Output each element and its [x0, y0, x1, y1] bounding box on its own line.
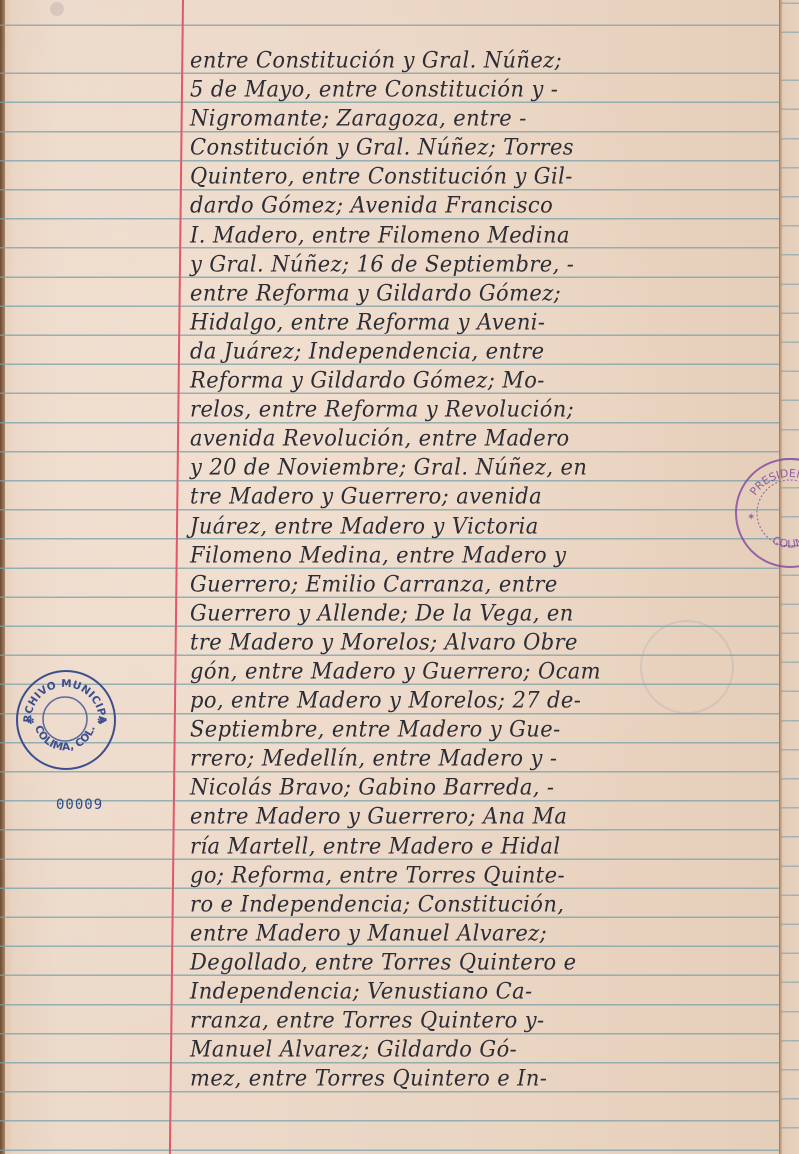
svg-text:COLIMA, COL.: COLIMA, COL. [32, 724, 98, 754]
handwritten-line: Manuel Alvarez; Gildardo Gó- [190, 1034, 770, 1065]
handwritten-line: Quintero, entre Constitución y Gil- [190, 162, 770, 193]
presidencia-stamp: PRESIDENCIA COLIMA ✶ [735, 458, 799, 568]
handwritten-line: po, entre Madero y Morelos; 27 de- [190, 685, 770, 716]
handwritten-line: y Gral. Núñez; 16 de Septiembre, - [190, 249, 770, 280]
handwritten-line: I. Madero, entre Filomeno Medina [190, 220, 770, 251]
handwritten-line: Juárez, entre Madero y Victoria [190, 511, 770, 542]
svg-text:✶: ✶ [747, 512, 755, 523]
handwritten-line: Constitución y Gral. Núñez; Torres [190, 133, 770, 164]
svg-text:COLIMA: COLIMA [770, 531, 799, 550]
handwritten-line: dardo Gómez; Avenida Francisco [190, 191, 770, 222]
handwritten-line: entre Madero y Guerrero; Ana Ma [190, 802, 770, 833]
svg-text:✽: ✽ [27, 717, 35, 727]
handwritten-line: mez, entre Torres Quintero e In- [190, 1064, 770, 1095]
stamp-seal-icon: PRESIDENCIA COLIMA ✶ [735, 458, 799, 568]
handwritten-line: Nigromante; Zaragoza, entre - [190, 103, 770, 134]
handwritten-line: Guerrero y Allende; De la Vega, en [190, 598, 770, 629]
handwritten-line: gón, entre Madero y Guerrero; Ocam [190, 656, 770, 687]
handwritten-line: 5 de Mayo, entre Constitución y - [190, 74, 770, 105]
ledger-page: entre Constitución y Gral. Núñez;5 de Ma… [0, 0, 799, 1154]
handwritten-line: entre Madero y Manuel Alvarez; [190, 918, 770, 949]
stamp-seal-icon: ARCHIVO MUNICIPAL COLIMA, COL. ✽ ✽ [15, 669, 115, 769]
handwritten-line: go; Reforma, entre Torres Quinte- [190, 860, 770, 891]
handwritten-line: Nicolás Bravo; Gabino Barreda, - [190, 773, 770, 804]
svg-text:PRESIDENCIA: PRESIDENCIA [747, 467, 799, 498]
handwritten-line: rrero; Medellín, entre Madero y - [190, 744, 770, 775]
handwritten-line: Degollado, entre Torres Quintero e [190, 947, 770, 978]
handwritten-line: ro e Independencia; Constitución, [190, 889, 770, 920]
handwritten-line: Septiembre, entre Madero y Gue- [190, 714, 770, 745]
archivo-municipal-stamp: ARCHIVO MUNICIPAL COLIMA, COL. ✽ ✽ [16, 670, 116, 770]
handwritten-line: y 20 de Noviembre; Gral. Núñez, en [190, 453, 770, 484]
handwritten-line: tre Madero y Morelos; Alvaro Obre [190, 627, 770, 658]
folio-number: 00009 [56, 797, 103, 813]
handwritten-line: Independencia; Venustiano Ca- [190, 976, 770, 1007]
handwritten-line: Hidalgo, entre Reforma y Aveni- [190, 307, 770, 338]
handwritten-line: Reforma y Gildardo Gómez; Mo- [190, 365, 770, 396]
handwritten-line: da Juárez; Independencia, entre [190, 336, 770, 367]
handwritten-line: tre Madero y Guerrero; avenida [190, 482, 770, 513]
handwritten-line: Filomeno Medina, entre Madero y [190, 540, 770, 571]
handwritten-line: rranza, entre Torres Quintero y- [190, 1005, 770, 1036]
handwritten-line: Guerrero; Emilio Carranza, entre [190, 569, 770, 600]
handwritten-line: ría Martell, entre Madero e Hidal [190, 831, 770, 862]
handwritten-line: avenida Revolución, entre Madero [190, 423, 770, 454]
handwritten-line: entre Reforma y Gildardo Gómez; [190, 278, 770, 309]
handwritten-text: entre Constitución y Gral. Núñez;5 de Ma… [190, 46, 770, 1093]
adjacent-page-rules [781, 0, 799, 1154]
svg-text:✽: ✽ [97, 717, 105, 727]
handwritten-line: entre Constitución y Gral. Núñez; [190, 45, 770, 76]
handwritten-line: relos, entre Reforma y Revolución; [190, 394, 770, 425]
